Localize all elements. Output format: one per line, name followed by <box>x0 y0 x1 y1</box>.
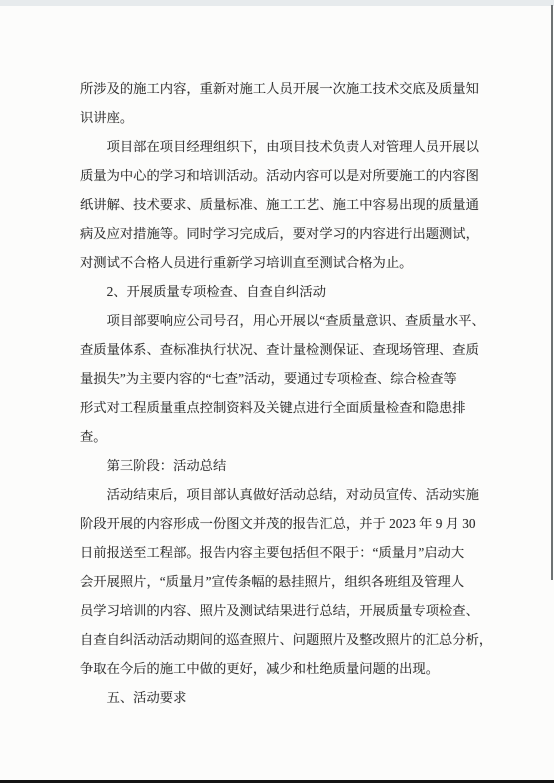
body-text-line: 量损失”为主要内容的“七查”活动，要通过专项检查、综合检查等 <box>80 364 504 393</box>
body-text-line: 阶段开展的内容形成一份图文并茂的报告汇总，并于 2023 年 9 月 30 <box>80 509 504 538</box>
body-text-line: 活动结束后，项目部认真做好活动总结，对动员宣传、活动实施 <box>80 480 504 509</box>
body-text-line: 病及应对措施等。同时学习完成后，要对学习的内容进行出题测试， <box>80 219 504 248</box>
body-text-line: 自查自纠活动活动期间的巡查照片、问题照片及整改照片的汇总分析， <box>80 625 504 654</box>
body-text-line: 项目部要响应公司号召，用心开展以“查质量意识、查质量水平、 <box>80 306 504 335</box>
body-text-line: 形式对工程质量重点控制资料及关键点进行全面质量检查和隐患排 <box>80 393 504 422</box>
section-heading-line: 2、开展质量专项检查、自查自纠活动 <box>80 277 504 306</box>
body-text-line: 查质量体系、查标准执行状况、查计量检测保证、查现场管理、查质 <box>80 335 504 364</box>
body-text-line: 纸讲解、技术要求、质量标准、施工工艺、施工中容易出现的质量通 <box>80 190 504 219</box>
body-text-line: 员学习培训的内容、照片及测试结果进行总结，开展质量专项检查、 <box>80 596 504 625</box>
body-text-line: 对测试不合格人员进行重新学习培训直至测试合格为止。 <box>80 248 504 277</box>
body-text-line: 所涉及的施工内容，重新对施工人员开展一次施工技术交底及质量知 <box>80 74 504 103</box>
scan-top-edge-artifact <box>0 0 554 6</box>
body-text-line: 识讲座。 <box>80 103 504 132</box>
document-text-block: 所涉及的施工内容，重新对施工人员开展一次施工技术交底及质量知 识讲座。 项目部在… <box>80 74 504 712</box>
section-heading-line: 五、活动要求 <box>80 683 504 712</box>
body-text-line: 日前报送至工程部。报告内容主要包括但不限于：“质量月”启动大 <box>80 538 504 567</box>
body-text-line: 会开展照片，“质量月”宣传条幅的悬挂照片，组织各班组及管理人 <box>80 567 504 596</box>
body-text-line: 争取在今后的施工中做的更好，减少和杜绝质量问题的出现。 <box>80 654 504 683</box>
body-text-line: 质量为中心的学习和培训活动。活动内容可以是对所要施工的内容图 <box>80 161 504 190</box>
section-heading-line: 第三阶段：活动总结 <box>80 451 504 480</box>
body-text-line: 查。 <box>80 422 504 451</box>
scan-right-edge-artifact <box>551 5 553 580</box>
document-page: 所涉及的施工内容，重新对施工人员开展一次施工技术交底及质量知 识讲座。 项目部在… <box>0 0 554 783</box>
body-text-line: 项目部在项目经理组织下，由项目技术负责人对管理人员开展以 <box>80 132 504 161</box>
